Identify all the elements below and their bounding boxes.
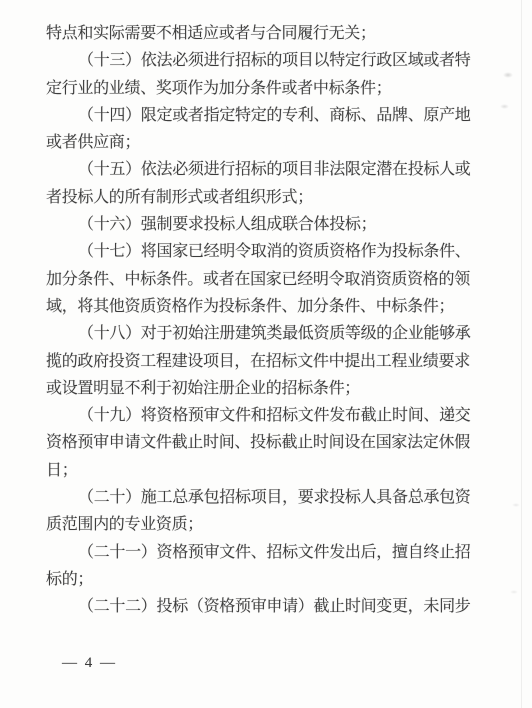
text-line: 定行业的业绩、奖项作为加分条件或者中标条件； (46, 75, 486, 102)
text-line: （十八）对于初始注册建筑类最低资质等级的企业能够承 (46, 320, 486, 347)
text-line: （十五）依法必须进行招标的项目非法限定潜在投标人或 (46, 156, 486, 183)
scan-smudge-artifact (503, 72, 513, 78)
text-line: （二十一）资格预审文件、招标文件发出后，擅自终止招 (46, 539, 486, 566)
scan-edge-artifact (521, 0, 522, 708)
text-line: （二十二）投标（资格预审申请）截止时间变更，未同步 (46, 593, 486, 620)
text-line: 或设置明显不利于初始注册企业的招标条件； (46, 375, 486, 402)
text-line: （十四）限定或者指定特定的专利、商标、品牌、原产地 (46, 102, 486, 129)
text-line: 揽的政府投资工程建设项目，在招标文件中提出工程业绩要求 (46, 348, 486, 375)
text-line: 或者供应商； (46, 129, 486, 156)
text-line: （十九）将资格预审文件和招标文件发布截止时间、递交 (46, 402, 486, 429)
text-line: 资格预审申请文件截止时间、投标截止时间设在国家法定休假 (46, 429, 486, 456)
scan-smudge-artifact (512, 503, 520, 507)
text-line: 域，将其他资质资格作为投标条件、加分条件、中标条件； (46, 293, 486, 320)
scan-smudge-artifact (510, 590, 518, 594)
text-line: 者投标人的所有制形式或者组织形式； (46, 184, 486, 211)
text-line: 质范围内的专业资质； (46, 511, 486, 538)
text-line: （十六）强制要求投标人组成联合体投标； (46, 211, 486, 238)
text-line: （十七）将国家已经明令取消的资质资格作为投标条件、 (46, 238, 486, 265)
document-body: 特点和实际需要不相适应或者与合同履行无关； （十三）依法必须进行招标的项目以特定… (46, 20, 486, 621)
text-line: （十三）依法必须进行招标的项目以特定行政区域或者特 (46, 47, 486, 74)
text-line: 日； (46, 457, 486, 484)
scan-smudge-artifact (500, 104, 509, 109)
text-line: （二十）施工总承包招标项目，要求投标人具备总承包资 (46, 484, 486, 511)
text-line: 特点和实际需要不相适应或者与合同履行无关； (46, 20, 486, 47)
page-number: — 4 — (62, 653, 117, 673)
text-line: 标的； (46, 566, 486, 593)
text-line: 加分条件、中标条件。或者在国家已经明令取消资质资格的领 (46, 266, 486, 293)
document-page: 特点和实际需要不相适应或者与合同履行无关； （十三）依法必须进行招标的项目以特定… (0, 0, 532, 708)
